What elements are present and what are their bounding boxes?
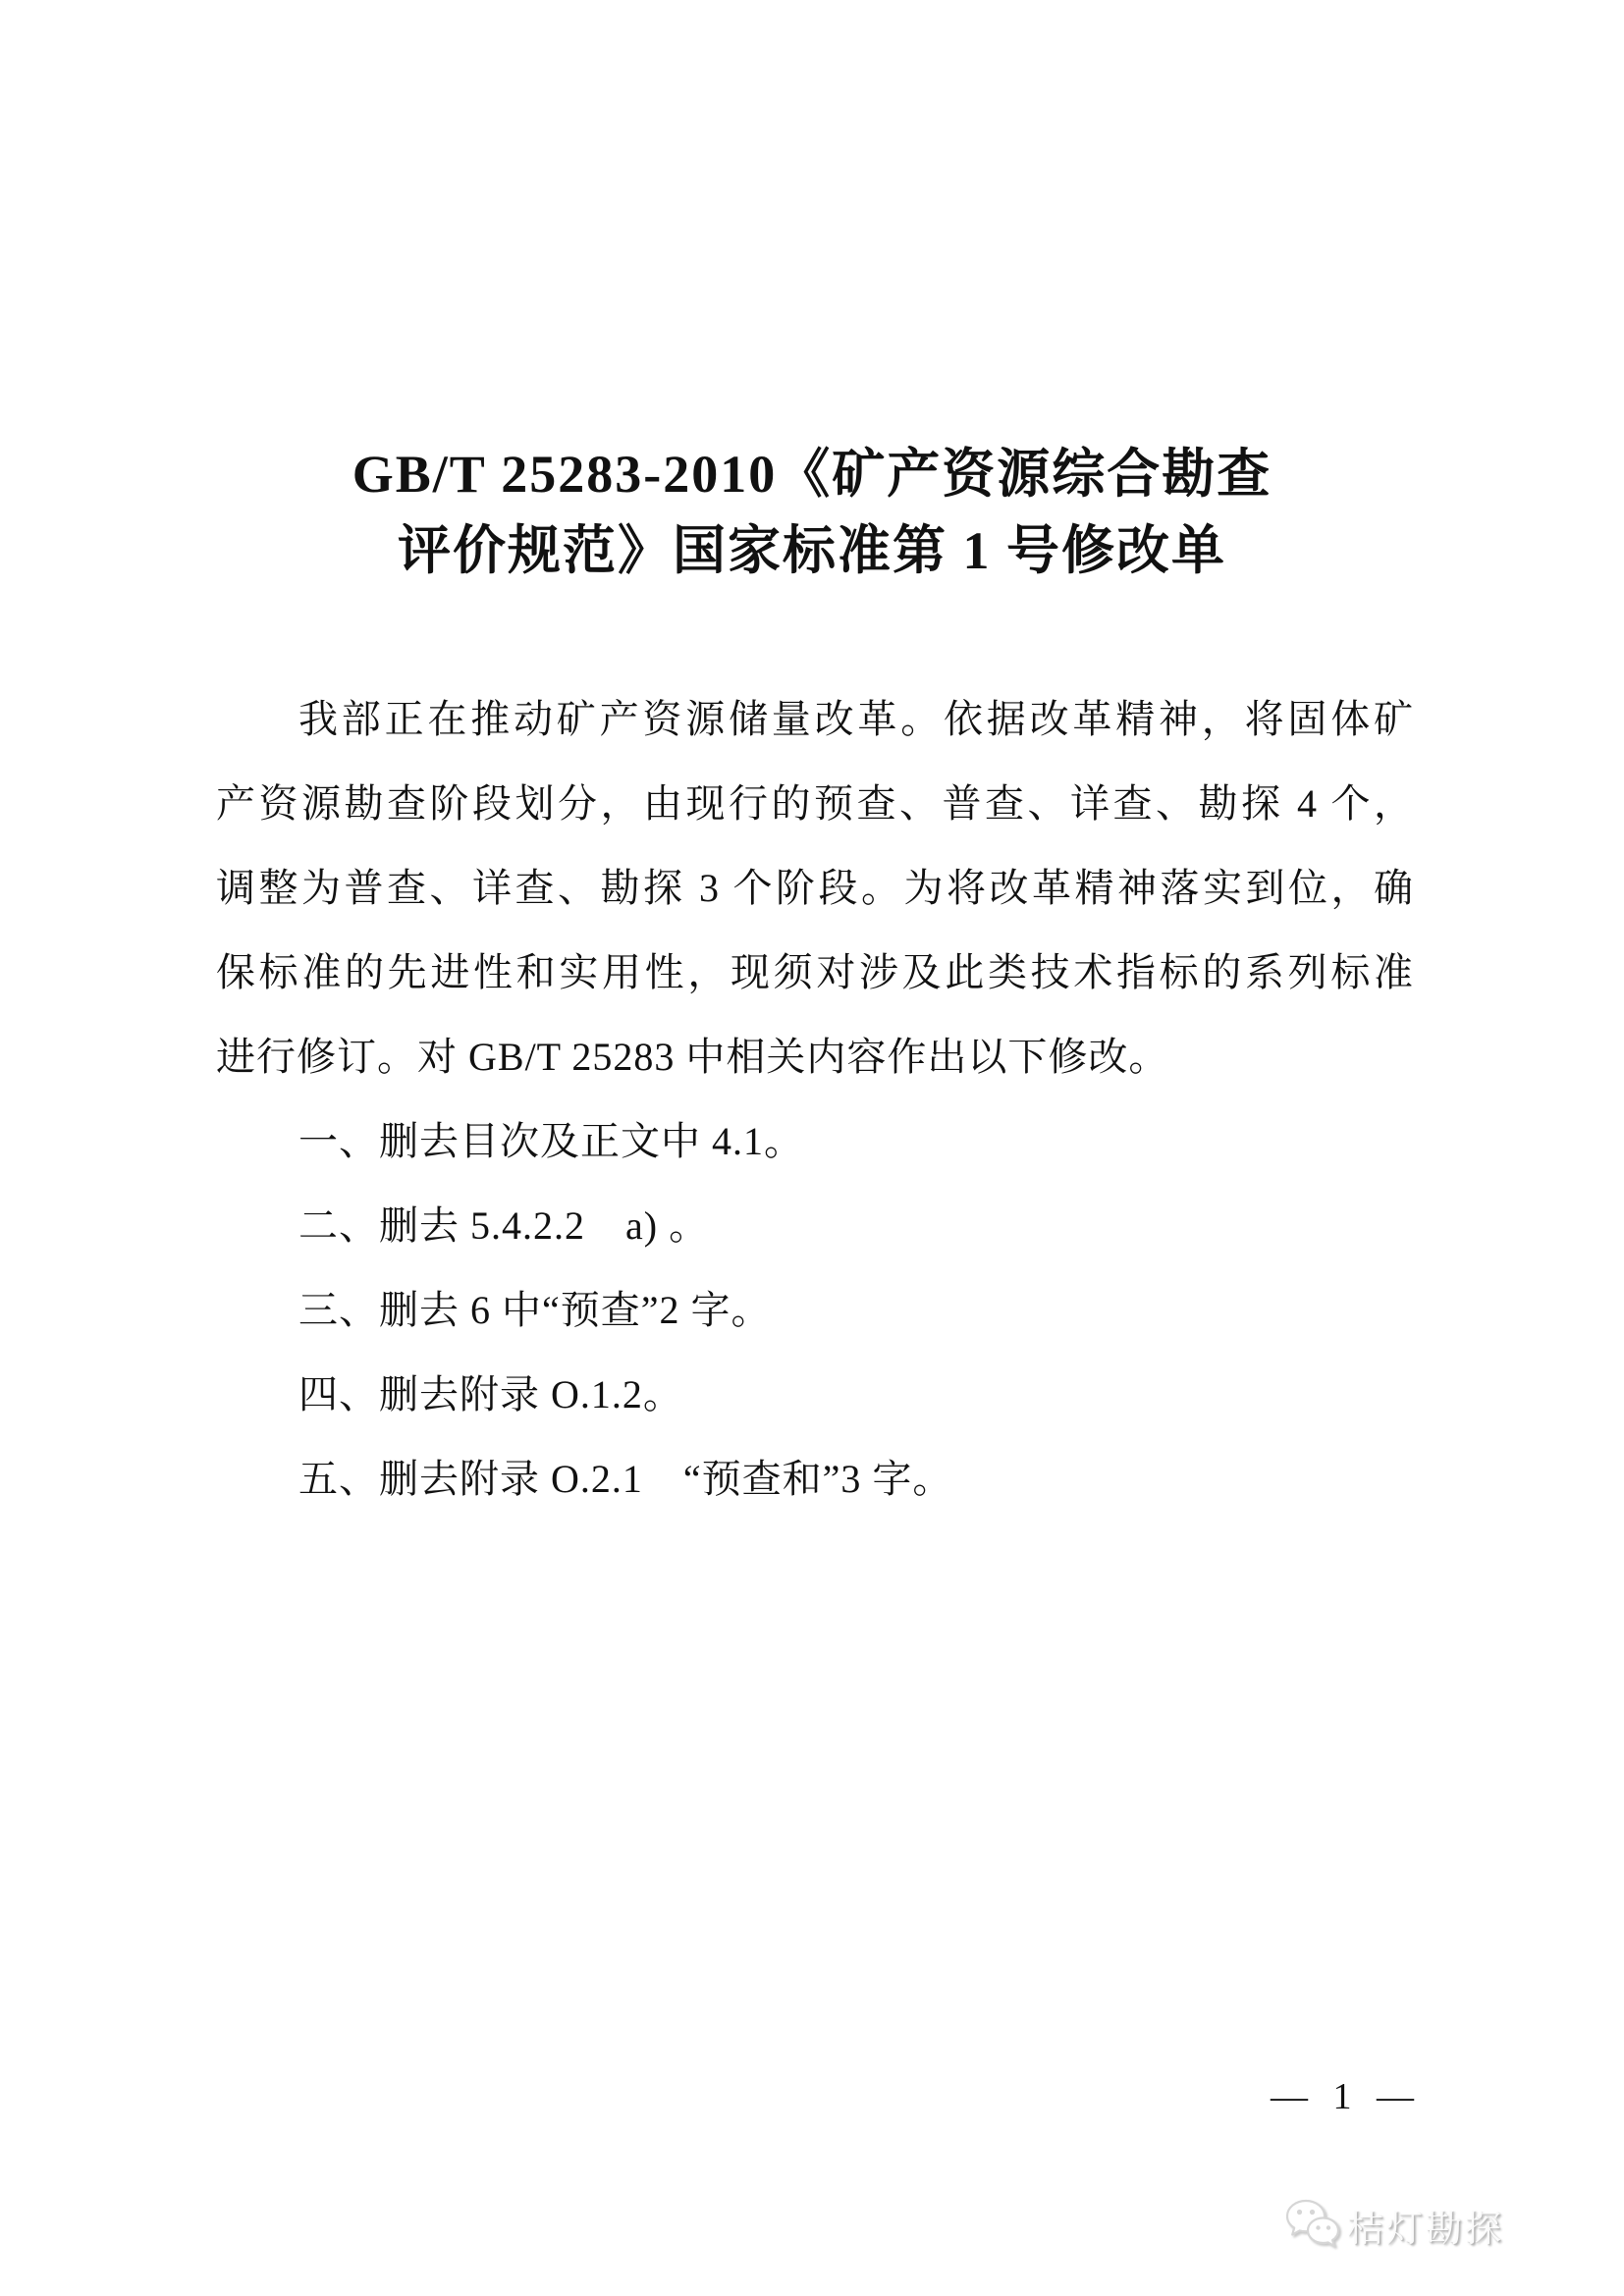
document-title: GB/T 25283-2010《矿产资源综合勘查 评价规范》国家标准第 1 号修… [213, 436, 1411, 589]
list-item: 四、删去附录 O.1.2。 [216, 1353, 1414, 1437]
paragraph-line: 保标准的先进性和实用性，现须对涉及此类技术指标的系列标准 [216, 931, 1414, 1015]
paragraph-line: 产资源勘查阶段划分，由现行的预查、普查、详查、勘探 4 个， [216, 762, 1414, 846]
watermark: 桔灯勘探 [1284, 2198, 1504, 2253]
wechat-icon [1284, 2198, 1341, 2253]
list-item: 三、删去 6 中“预查”2 字。 [216, 1268, 1414, 1353]
page-number: — 1 — [216, 2073, 1414, 2120]
paragraph-line: 进行修订。对 GB/T 25283 中相关内容作出以下修改。 [216, 1015, 1414, 1099]
document-body: 我部正在推动矿产资源储量改革。依据改革精神，将固体矿 产资源勘查阶段划分，由现行… [216, 677, 1414, 1522]
list-item: 一、删去目次及正文中 4.1。 [216, 1099, 1414, 1184]
list-item: 二、删去 5.4.2.2 a) 。 [216, 1184, 1414, 1268]
title-line-1: GB/T 25283-2010《矿产资源综合勘查 [213, 436, 1411, 512]
paragraph-line: 我部正在推动矿产资源储量改革。依据改革精神，将固体矿 [216, 677, 1414, 762]
title-line-2: 评价规范》国家标准第 1 号修改单 [213, 512, 1411, 589]
list-item: 五、删去附录 O.2.1 “预查和”3 字。 [216, 1437, 1414, 1522]
paragraph-line: 调整为普查、详查、勘探 3 个阶段。为将改革精神落实到位，确 [216, 846, 1414, 931]
document-page: GB/T 25283-2010《矿产资源综合勘查 评价规范》国家标准第 1 号修… [0, 0, 1624, 2296]
watermark-label: 桔灯勘探 [1347, 2199, 1504, 2252]
